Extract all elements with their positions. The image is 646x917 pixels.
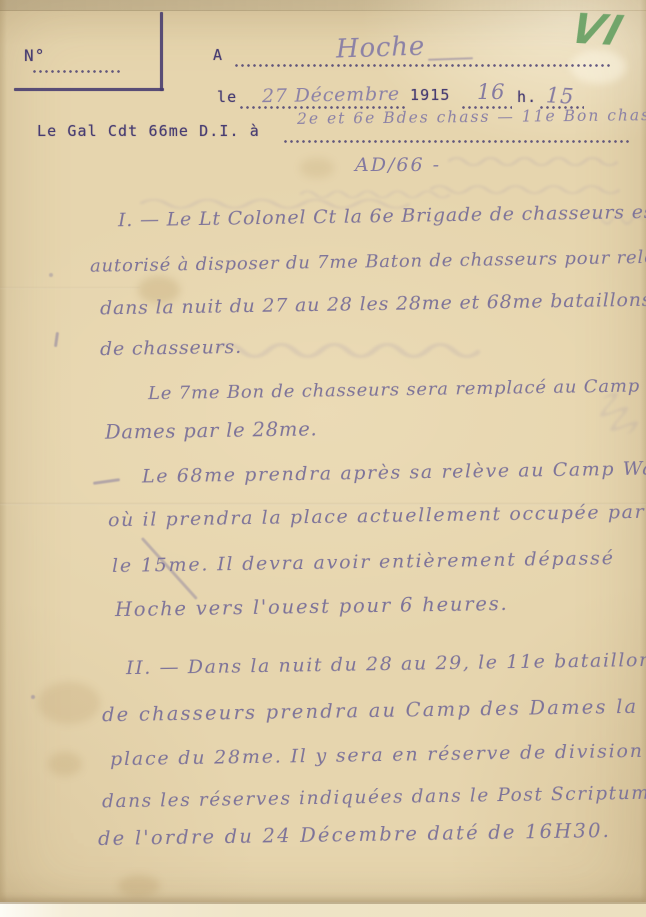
number-label: N° xyxy=(24,46,45,65)
document-page: VI N° A Hoche le 27 Décembre 1915 16 h. … xyxy=(0,0,646,917)
body-line: Dames par le 28me. xyxy=(105,417,318,443)
addressee-units-handwritten: 2e et 6e Bdes chass — 11e Bon chass. xyxy=(297,106,646,128)
stain xyxy=(38,682,100,724)
hour-unit-label: h. xyxy=(517,88,537,106)
body-line: Le 7me Bon de chasseurs sera remplacé au… xyxy=(148,375,646,404)
bleedthrough-mark xyxy=(215,336,480,360)
number-box-line xyxy=(160,12,163,91)
bleedthrough-mark xyxy=(448,152,618,168)
pencil-mark xyxy=(49,273,53,277)
body-line: de chasseurs prendra au Camp des Dames l… xyxy=(102,695,639,726)
stain xyxy=(118,875,160,897)
pencil-mark xyxy=(54,332,59,347)
dotted-line xyxy=(235,64,612,67)
stain xyxy=(300,158,334,178)
body-line: où il prendra la place actuellement occu… xyxy=(108,501,646,531)
bleedthrough-mark xyxy=(430,180,620,196)
minute-handwritten: 15 xyxy=(545,83,575,108)
addressee-field-label: A xyxy=(213,46,223,64)
date-field-label: le xyxy=(217,88,237,106)
dotted-line xyxy=(33,70,121,73)
bleedthrough-mark xyxy=(300,186,450,200)
body-line: autorisé à disposer du 7me Baton de chas… xyxy=(90,246,646,276)
body-line: le 15me. Il devra avoir entièrement dépa… xyxy=(112,547,615,577)
body-line: de chasseurs. xyxy=(100,336,242,360)
paper-left-edge xyxy=(0,0,7,917)
body-line: Le 68me prendra après sa relève au Camp … xyxy=(142,457,646,488)
pencil-mark xyxy=(31,695,35,699)
body-line: II. — Dans la nuit du 28 au 29, le 11e b… xyxy=(126,649,646,679)
body-line: place du 28me. Il y sera en réserve de d… xyxy=(110,740,644,770)
paper-top-edge xyxy=(0,0,646,11)
pencil-mark xyxy=(93,478,120,485)
addressee-place-handwritten: Hoche xyxy=(336,31,426,64)
sender-line-typed: Le Gal Cdt 66me D.I. à xyxy=(37,122,260,140)
stain xyxy=(570,50,626,84)
body-line: Hoche vers l'ouest pour 6 heures. xyxy=(115,592,509,621)
hour-handwritten: 16 xyxy=(477,80,505,104)
number-box-line xyxy=(14,88,164,91)
paper-bottom-edge xyxy=(0,902,646,917)
stain xyxy=(48,752,82,776)
body-line: dans la nuit du 27 au 28 les 28me et 68m… xyxy=(100,289,646,320)
pen-stroke xyxy=(428,57,473,61)
classification-mark: VI xyxy=(565,5,630,56)
paper-crease xyxy=(0,287,140,289)
year-typed: 1915 xyxy=(410,86,451,104)
date-handwritten: 27 Décembre xyxy=(262,83,400,107)
dotted-line xyxy=(284,140,630,143)
reference-handwritten: AD/66 - xyxy=(355,154,441,176)
body-line: de l'ordre du 24 Décembre daté de 16H30. xyxy=(98,819,611,850)
body-line: dans les réserves indiquées dans le Post… xyxy=(102,783,646,813)
